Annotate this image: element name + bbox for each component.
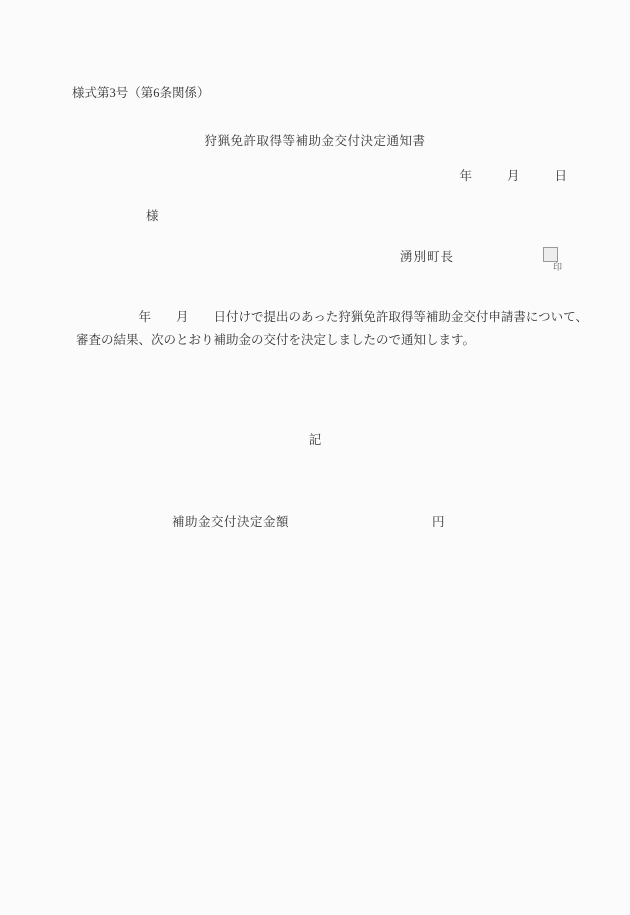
date-month-label: 月 [507,166,520,184]
document-page: 様式第3号（第6条関係） 狩猟免許取得等補助金交付決定通知書 年 月 日 様 湧… [0,0,630,915]
date-year-label: 年 [459,166,472,184]
form-number: 様式第3号（第6条関係） [72,83,210,101]
sender-title: 湧別町長 [400,247,454,265]
date-line: 年 月 日 [459,166,567,184]
section-marker: 記 [0,430,630,448]
document-title: 狩猟免許取得等補助金交付決定通知書 [0,131,630,149]
seal-stamp-icon: 印 [543,247,558,262]
amount-unit: 円 [432,512,445,530]
seal-stamp-label: 印 [553,262,562,272]
date-day-label: 日 [554,166,567,184]
body-paragraph-line-2: 審査の結果、次のとおり補助金の交付を決定しましたので通知します。 [76,330,586,348]
addressee-honorific: 様 [146,206,159,224]
amount-label: 補助金交付決定金額 [172,512,289,530]
body-paragraph-line-1: 年 月 日付けで提出のあった狩猟免許取得等補助金交付申請書について、 [76,307,586,325]
